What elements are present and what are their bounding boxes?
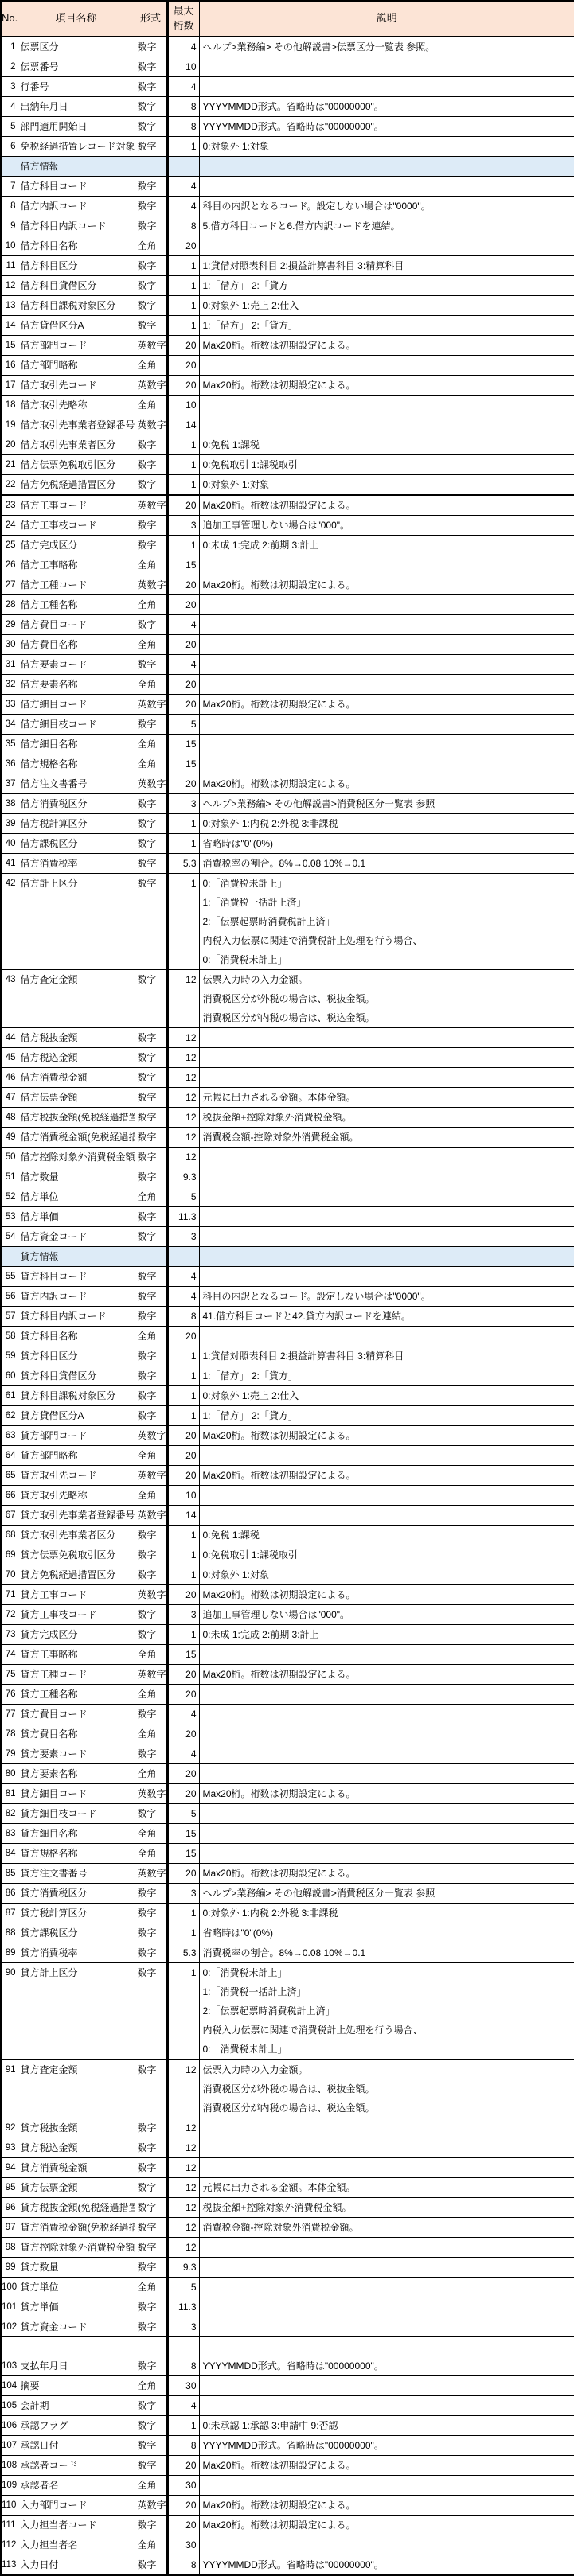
no-cell: 35 — [1, 735, 18, 754]
table-row: 21借方伝票免税取引区分数字10:免税取引 1:課税取引 — [1, 455, 574, 475]
format-cell: 全角 — [135, 1446, 167, 1466]
table-row: 73貸方完成区分数字10:未成 1:完成 2:前期 3:計上 — [1, 1625, 574, 1645]
digits-cell: 1 — [167, 874, 199, 970]
description-line: YYYYMMDD形式。省略時は"00000000"。 — [203, 2436, 574, 2455]
description-cell: YYYYMMDD形式。省略時は"00000000"。 — [199, 97, 574, 117]
no-cell: 51 — [1, 1167, 18, 1187]
description-line: 0:「消費税未計上」 — [203, 1963, 574, 1982]
item-name-cell: 免税経過措置レコード対象区分 — [18, 137, 135, 157]
format-cell: 全角 — [135, 1724, 167, 1744]
description-line: 0:未承認 1:承認 3:申請中 9:否認 — [203, 2416, 574, 2435]
table-row: 60貸方科目貸借区分数字11:「借方」 2:「貸方」 — [1, 1366, 574, 1386]
item-name-cell: 入力日付 — [18, 2555, 135, 2576]
description-cell: Max20桁。桁数は初期設定による。 — [199, 336, 574, 356]
table-row: 45借方税込金額数字12 — [1, 1048, 574, 1068]
description-cell — [199, 2317, 574, 2337]
table-row: 7借方科目コード数字4 — [1, 177, 574, 197]
table-row: 58貸方科目名称全角20 — [1, 1327, 574, 1346]
item-name-cell: 借方消費税区分 — [18, 794, 135, 814]
item-name-cell: 貸方取引先事業者区分 — [18, 1526, 135, 1545]
no-cell: 90 — [1, 1963, 18, 2060]
no-cell: 34 — [1, 715, 18, 735]
format-cell: 数字 — [135, 1943, 167, 1963]
no-cell: 4 — [1, 97, 18, 117]
no-cell: 18 — [1, 396, 18, 415]
format-cell: 数字 — [135, 57, 167, 77]
table-row: 85貸方注文書番号英数字20Max20桁。桁数は初期設定による。 — [1, 1864, 574, 1884]
no-cell: 9 — [1, 216, 18, 236]
digits-cell: 30 — [167, 2376, 199, 2396]
description-line: 0:対象外 1:対象 — [203, 1565, 574, 1584]
no-cell: 95 — [1, 2178, 18, 2198]
description-cell: 1:「借方」 2:「貸方」 — [199, 1366, 574, 1386]
item-name-cell: 借方控除対象外消費税金額 — [18, 1148, 135, 1167]
table-row: 64貸方部門略称全角20 — [1, 1446, 574, 1466]
digits-cell: 1 — [167, 1963, 199, 2060]
description-line: 科目の内訳となるコード。設定しない場合は"0000"。 — [203, 1287, 574, 1306]
format-cell: 全角 — [135, 635, 167, 655]
digits-cell: 12 — [167, 2158, 199, 2178]
description-line: Max20桁。桁数は初期設定による。 — [203, 2456, 574, 2475]
column-header-description: 説明 — [199, 1, 574, 37]
format-cell: 数字 — [135, 1227, 167, 1247]
digits-cell: 1 — [167, 256, 199, 276]
format-cell: 数字 — [135, 536, 167, 555]
table-row: 55貸方科目コード数字4 — [1, 1267, 574, 1287]
item-name-cell: 借方消費税率 — [18, 854, 135, 874]
digits-cell: 8 — [167, 97, 199, 117]
description-cell — [199, 1227, 574, 1247]
description-line: ヘルプ>業務編> その他解説書>消費税区分一覧表 参照 — [203, 1884, 574, 1903]
table-row: 15借方部門コード英数字20Max20桁。桁数は初期設定による。 — [1, 336, 574, 356]
table-row: 33借方細目コード英数字20Max20桁。桁数は初期設定による。 — [1, 695, 574, 715]
digits-cell: 1 — [167, 455, 199, 475]
description-cell — [199, 177, 574, 197]
description-cell: Max20桁。桁数は初期設定による。 — [199, 695, 574, 715]
digits-cell: 1 — [167, 1406, 199, 1426]
item-name-cell: 貸方科目貸借区分 — [18, 1366, 135, 1386]
format-cell: 数字 — [135, 1148, 167, 1167]
no-cell: 84 — [1, 1844, 18, 1864]
table-row: 51借方数量数字9.3 — [1, 1167, 574, 1187]
format-cell: 数字 — [135, 1605, 167, 1625]
item-name-cell: 借方完成区分 — [18, 536, 135, 555]
format-cell: 数字 — [135, 1366, 167, 1386]
item-name-cell: 貸方課税区分 — [18, 1923, 135, 1943]
description-cell — [199, 555, 574, 575]
table-row: 77貸方費目コード数字4 — [1, 1705, 574, 1724]
digits-cell: 1 — [167, 1386, 199, 1406]
description-cell — [199, 2138, 574, 2158]
digits-cell: 12 — [167, 2178, 199, 2198]
table-row: 13借方科目課税対象区分数字10:対象外 1:売上 2:仕入 — [1, 296, 574, 316]
item-name-cell: 貸方資金コード — [18, 2317, 135, 2337]
description-line: 1:「借方」 2:「貸方」 — [203, 276, 574, 295]
no-cell: 64 — [1, 1446, 18, 1466]
description-cell — [199, 1068, 574, 1088]
format-cell: 数字 — [135, 1028, 167, 1048]
no-cell: 81 — [1, 1784, 18, 1804]
table-row: 89貸方消費税率数字5.3消費税率の割合。8%→0.08 10%→0.1 — [1, 1943, 574, 1963]
digits-cell: 4 — [167, 2396, 199, 2416]
table-row: 6免税経過措置レコード対象区分数字10:対象外 1:対象 — [1, 137, 574, 157]
format-cell: 数字 — [135, 970, 167, 1028]
item-name-cell: 借方工事コード — [18, 495, 135, 516]
description-line: ヘルプ>業務編> その他解説書>消費税区分一覧表 参照 — [203, 794, 574, 813]
format-cell: 数字 — [135, 216, 167, 236]
format-cell: 数字 — [135, 1923, 167, 1943]
description-line: 内税入力伝票に関連で消費税計上処理を行う場合、 — [203, 2021, 574, 2040]
description-cell — [199, 2476, 574, 2496]
table-row: 56貸方内訳コード数字4科目の内訳となるコード。設定しない場合は"0000"。 — [1, 1287, 574, 1307]
description-cell — [199, 1705, 574, 1724]
digits-cell: 20 — [167, 495, 199, 516]
no-cell: 108 — [1, 2456, 18, 2476]
digits-cell: 12 — [167, 1128, 199, 1148]
digits-cell: 1 — [167, 1923, 199, 1943]
item-name-cell: 貸方工事コード — [18, 1585, 135, 1605]
item-name-cell: 借方科目課税対象区分 — [18, 296, 135, 316]
digits-cell: 20 — [167, 356, 199, 376]
digits-cell: 20 — [167, 774, 199, 794]
description-cell — [199, 735, 574, 754]
no-cell: 111 — [1, 2516, 18, 2535]
format-cell: 英数字 — [135, 2496, 167, 2516]
digits-cell: 3 — [167, 1884, 199, 1904]
item-name-cell: 貸方費目コード — [18, 1705, 135, 1724]
digits-cell: 1 — [167, 1346, 199, 1366]
item-name-cell: 借方工種コード — [18, 575, 135, 595]
item-name-cell: 借方取引先コード — [18, 376, 135, 396]
table-row: 97貸方消費税金額(免税経過措置含)数字12消費税金額-控除対象外消費税金額。 — [1, 2218, 574, 2238]
format-cell: 数字 — [135, 1128, 167, 1148]
item-name-cell: 借方規格名称 — [18, 754, 135, 774]
item-name-cell: 借方費目コード — [18, 615, 135, 635]
item-name-cell: 入力部門コード — [18, 2496, 135, 2516]
table-row: 99貸方数量数字9.3 — [1, 2258, 574, 2278]
no-cell: 63 — [1, 1426, 18, 1446]
description-cell: 消費税金額-控除対象外消費税金額。 — [199, 2218, 574, 2238]
no-cell: 94 — [1, 2158, 18, 2178]
description-cell — [199, 1844, 574, 1864]
description-cell: 1:「借方」 2:「貸方」 — [199, 276, 574, 296]
format-cell: 英数字 — [135, 1665, 167, 1685]
table-row: 54借方資金コード数字3 — [1, 1227, 574, 1247]
item-name-cell: 借方消費税金額 — [18, 1068, 135, 1088]
item-name-cell: 貸方消費税率 — [18, 1943, 135, 1963]
description-cell: 1:貸借対照表科目 2:損益計算書科目 3:精算科目 — [199, 256, 574, 276]
table-row: 75貸方工種コード英数字20Max20桁。桁数は初期設定による。 — [1, 1665, 574, 1685]
description-line: Max20桁。桁数は初期設定による。 — [203, 1466, 574, 1485]
format-cell: 数字 — [135, 1705, 167, 1724]
format-cell: 全角 — [135, 595, 167, 615]
table-row: 8借方内訳コード数字4科目の内訳となるコード。設定しない場合は"0000"。 — [1, 197, 574, 216]
no-cell: 24 — [1, 516, 18, 536]
item-name-cell: 行番号 — [18, 77, 135, 97]
table-row: 22借方免税経過措置区分数字10:対象外 1:対象 — [1, 475, 574, 496]
description-cell: 0:「消費税未計上」1:「消費税一括計上済」2:「伝票起票時消費税計上済」内税入… — [199, 1963, 574, 2060]
description-cell: 1:貸借対照表科目 2:損益計算書科目 3:精算科目 — [199, 1346, 574, 1366]
description-cell — [199, 2238, 574, 2258]
no-cell: 96 — [1, 2198, 18, 2218]
table-row: 20借方取引先事業者区分数字10:免税 1:課税 — [1, 435, 574, 455]
digits-cell: 20 — [167, 575, 199, 595]
description-cell — [199, 1167, 574, 1187]
item-name-cell: 貸方計上区分 — [18, 1963, 135, 2060]
description-line: 0:免税 1:課税 — [203, 435, 574, 454]
table-row: 98貸方控除対象外消費税金額数字12 — [1, 2238, 574, 2258]
description-cell: 追加工事管理しない場合は"000"。 — [199, 1605, 574, 1625]
format-cell: 数字 — [135, 2060, 167, 2118]
digits-cell: 20 — [167, 595, 199, 615]
format-cell: 数字 — [135, 794, 167, 814]
no-cell: 59 — [1, 1346, 18, 1366]
column-header-format: 形式 — [135, 1, 167, 37]
format-cell: 数字 — [135, 2198, 167, 2218]
digits-cell: 8 — [167, 2555, 199, 2576]
description-cell — [199, 715, 574, 735]
format-cell: 数字 — [135, 137, 167, 157]
description-line: 消費税区分が外税の場合は、税抜金額。 — [203, 2079, 574, 2099]
digits-cell: 15 — [167, 1844, 199, 1864]
description-cell: Max20桁。桁数は初期設定による。 — [199, 2516, 574, 2535]
format-cell: 数字 — [135, 97, 167, 117]
format-cell: 数字 — [135, 1346, 167, 1366]
format-cell: 数字 — [135, 256, 167, 276]
item-name-cell: 借方科目区分 — [18, 256, 135, 276]
description-cell — [199, 2258, 574, 2278]
description-line: 消費税区分が内税の場合は、税込金額。 — [203, 2099, 574, 2118]
description-line: 消費税率の割合。8%→0.08 10%→0.1 — [203, 854, 574, 873]
item-name-cell: 貸方消費税金額(免税経過措置含) — [18, 2218, 135, 2238]
description-cell — [199, 1267, 574, 1287]
item-name-cell: 伝票番号 — [18, 57, 135, 77]
description-cell: 税抜金額+控除対象外消費税金額。 — [199, 1108, 574, 1128]
description-cell: Max20桁。桁数は初期設定による。 — [199, 1585, 574, 1605]
description-cell — [199, 2396, 574, 2416]
description-line: 41.借方科目コードと42.貸方内訳コードを連結。 — [203, 1307, 574, 1326]
table-row: 81貸方細目コード英数字20Max20桁。桁数は初期設定による。 — [1, 1784, 574, 1804]
description-line: 内税入力伝票に関連で消費税計上処理を行う場合、 — [203, 931, 574, 950]
description-cell — [199, 1724, 574, 1744]
spec-table-header: No. 項目名称 形式 最大 桁数 説明 — [1, 1, 574, 37]
no-cell: 43 — [1, 970, 18, 1028]
digits-cell: 12 — [167, 1048, 199, 1068]
no-cell: 103 — [1, 2356, 18, 2376]
description-line: 消費税金額-控除対象外消費税金額。 — [203, 2218, 574, 2237]
description-cell: YYYYMMDD形式。省略時は"00000000"。 — [199, 2436, 574, 2456]
table-row: 63貸方部門コード英数字20Max20桁。桁数は初期設定による。 — [1, 1426, 574, 1446]
table-row: 57貸方科目内訳コード数字841.借方科目コードと42.貸方内訳コードを連結。 — [1, 1307, 574, 1327]
no-cell: 31 — [1, 655, 18, 675]
digits-cell: 20 — [167, 236, 199, 256]
item-name-cell: 貸方細目コード — [18, 1784, 135, 1804]
table-row: 91貸方査定金額数字12伝票入力時の入力金額。消費税区分が外税の場合は、税抜金額… — [1, 2060, 574, 2118]
description-cell — [199, 754, 574, 774]
table-row: 79貸方要素コード数字4 — [1, 1744, 574, 1764]
description-line: 税抜金額+控除対象外消費税金額。 — [203, 2198, 574, 2217]
description-cell — [199, 1744, 574, 1764]
description-line: 0:対象外 1:内税 2:外税 3:非課税 — [203, 814, 574, 833]
format-cell: 数字 — [135, 1625, 167, 1645]
no-cell: 56 — [1, 1287, 18, 1307]
digits-cell: 14 — [167, 415, 199, 435]
description-line: Max20桁。桁数は初期設定による。 — [203, 336, 574, 355]
table-row: 67貸方取引先事業者登録番号英数字14 — [1, 1506, 574, 1526]
description-cell — [199, 2158, 574, 2178]
format-cell: 数字 — [135, 834, 167, 854]
digits-cell: 4 — [167, 615, 199, 635]
description-cell: Max20桁。桁数は初期設定による。 — [199, 1466, 574, 1486]
item-name-cell: 貸方数量 — [18, 2258, 135, 2278]
table-row: 28借方工種名称全角20 — [1, 595, 574, 615]
description-cell: 0:対象外 1:内税 2:外税 3:非課税 — [199, 814, 574, 834]
item-name-cell: 借方消費税金額(免税経過措置含) — [18, 1128, 135, 1148]
format-cell: 全角 — [135, 2278, 167, 2297]
table-row: 95貸方伝票金額数字12元帳に出力される金額。本体金額。 — [1, 2178, 574, 2198]
digits-cell: 20 — [167, 2496, 199, 2516]
format-cell: 数字 — [135, 1804, 167, 1824]
table-row: 76貸方工種名称全角20 — [1, 1685, 574, 1705]
digits-cell: 10 — [167, 57, 199, 77]
table-row: 59貸方科目区分数字11:貸借対照表科目 2:損益計算書科目 3:精算科目 — [1, 1346, 574, 1366]
format-cell: 英数字 — [135, 376, 167, 396]
item-name-cell: 借方細目コード — [18, 695, 135, 715]
digits-cell: 10 — [167, 1486, 199, 1506]
table-row: 93貸方税込金額数字12 — [1, 2138, 574, 2158]
no-cell — [1, 2337, 18, 2356]
format-cell: 全角 — [135, 735, 167, 754]
digits-cell: 15 — [167, 1645, 199, 1665]
description-cell: 0:対象外 1:対象 — [199, 137, 574, 157]
format-cell: 数字 — [135, 475, 167, 496]
digits-cell: 9.3 — [167, 2258, 199, 2278]
no-cell: 62 — [1, 1406, 18, 1426]
digits-cell: 30 — [167, 2476, 199, 2496]
no-cell: 11 — [1, 256, 18, 276]
item-name-cell: 伝票区分 — [18, 37, 135, 57]
table-row: 100貸方単位全角5 — [1, 2278, 574, 2297]
description-cell: 省略時は"0"(0%) — [199, 834, 574, 854]
format-cell: 全角 — [135, 2476, 167, 2496]
no-cell: 105 — [1, 2396, 18, 2416]
item-name-cell: 借方貸借区分A — [18, 316, 135, 336]
table-row: 105会計期数字4 — [1, 2396, 574, 2416]
description-line: 税抜金額+控除対象外消費税金額。 — [203, 1108, 574, 1127]
item-name-cell: 承認フラグ — [18, 2416, 135, 2436]
item-name-cell: 借方単位 — [18, 1187, 135, 1207]
table-row: 2伝票番号数字10 — [1, 57, 574, 77]
description-line: 0:対象外 1:内税 2:外税 3:非課税 — [203, 1904, 574, 1923]
item-name-cell: 貸方工種名称 — [18, 1685, 135, 1705]
no-cell: 47 — [1, 1088, 18, 1108]
item-name-cell: 借方税抜金額(免税経過措置含) — [18, 1108, 135, 1128]
format-cell: 数字 — [135, 296, 167, 316]
digits-cell: 14 — [167, 1506, 199, 1526]
item-name-cell: 貸方工事略称 — [18, 1645, 135, 1665]
description-line: 消費税率の割合。8%→0.08 10%→0.1 — [203, 1943, 574, 1962]
table-row: 10借方科目名称全角20 — [1, 236, 574, 256]
item-name-cell: 借方部門コード — [18, 336, 135, 356]
format-cell: 英数字 — [135, 1864, 167, 1884]
no-cell: 87 — [1, 1904, 18, 1923]
format-cell: 数字 — [135, 1565, 167, 1585]
table-row: 46借方消費税金額数字12 — [1, 1068, 574, 1088]
format-cell: 数字 — [135, 37, 167, 57]
table-row: 26借方工事略称全角15 — [1, 555, 574, 575]
no-cell: 55 — [1, 1267, 18, 1287]
description-line: Max20桁。桁数は初期設定による。 — [203, 1784, 574, 1803]
no-cell: 92 — [1, 2118, 18, 2138]
description-cell — [199, 2297, 574, 2317]
no-cell: 22 — [1, 475, 18, 496]
no-cell: 69 — [1, 1545, 18, 1565]
description-cell: 0:未成 1:完成 2:前期 3:計上 — [199, 536, 574, 555]
format-cell: 英数字 — [135, 1466, 167, 1486]
table-row: 66貸方取引先略称全角10 — [1, 1486, 574, 1506]
no-cell: 23 — [1, 495, 18, 516]
item-name-cell: 借方要素名称 — [18, 675, 135, 695]
description-cell: 追加工事管理しない場合は"000"。 — [199, 516, 574, 536]
digits-cell: 1 — [167, 1526, 199, 1545]
table-row: 25借方完成区分数字10:未成 1:完成 2:前期 3:計上 — [1, 536, 574, 555]
format-cell: 数字 — [135, 2396, 167, 2416]
item-name-cell: 貸方控除対象外消費税金額 — [18, 2238, 135, 2258]
item-name-cell: 貸方単価 — [18, 2297, 135, 2317]
format-cell: 数字 — [135, 1167, 167, 1187]
format-cell: 数字 — [135, 2317, 167, 2337]
table-row: 30借方費目名称全角20 — [1, 635, 574, 655]
format-cell — [135, 157, 167, 177]
description-cell: ヘルプ>業務編> その他解説書>消費税区分一覧表 参照 — [199, 794, 574, 814]
digits-cell: 3 — [167, 1605, 199, 1625]
description-cell — [199, 1148, 574, 1167]
digits-cell: 30 — [167, 2535, 199, 2555]
description-line: YYYYMMDD形式。省略時は"00000000"。 — [203, 117, 574, 136]
description-line: 0:対象外 1:対象 — [203, 137, 574, 156]
item-name-cell: 貸方取引先略称 — [18, 1486, 135, 1506]
format-cell: 数字 — [135, 1307, 167, 1327]
item-name-cell: 借方科目貸借区分 — [18, 276, 135, 296]
no-cell: 5 — [1, 117, 18, 137]
table-row: 42借方計上区分数字10:「消費税未計上」1:「消費税一括計上済」2:「伝票起票… — [1, 874, 574, 970]
item-name-cell: 会計期 — [18, 2396, 135, 2416]
description-cell — [199, 1764, 574, 1784]
digits-cell: 5 — [167, 2278, 199, 2297]
digits-cell: 12 — [167, 1108, 199, 1128]
description-cell: Max20桁。桁数は初期設定による。 — [199, 1665, 574, 1685]
description-line: YYYYMMDD形式。省略時は"00000000"。 — [203, 2555, 574, 2574]
digits-cell: 20 — [167, 336, 199, 356]
format-cell: 数字 — [135, 177, 167, 197]
digits-cell: 20 — [167, 1466, 199, 1486]
item-name-cell: 借方科目コード — [18, 177, 135, 197]
item-name-cell: 借方取引先事業者登録番号 — [18, 415, 135, 435]
digits-cell: 10 — [167, 396, 199, 415]
table-row: 19借方取引先事業者登録番号英数字14 — [1, 415, 574, 435]
no-cell: 106 — [1, 2416, 18, 2436]
format-cell: 数字 — [135, 715, 167, 735]
format-cell: 数字 — [135, 2258, 167, 2278]
format-cell: 全角 — [135, 236, 167, 256]
no-cell: 10 — [1, 236, 18, 256]
digits-cell: 12 — [167, 2238, 199, 2258]
no-cell: 76 — [1, 1685, 18, 1705]
no-cell: 72 — [1, 1605, 18, 1625]
item-name-cell: 入力担当者コード — [18, 2516, 135, 2535]
item-name-cell: 借方取引先略称 — [18, 396, 135, 415]
description-cell — [199, 396, 574, 415]
